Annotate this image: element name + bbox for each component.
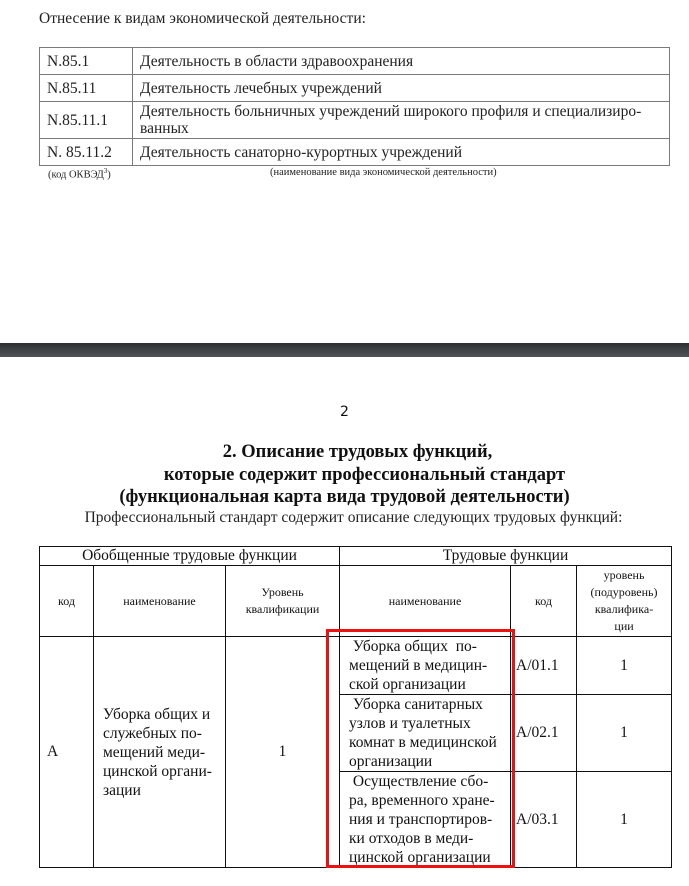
gtf-name: Уборка общих ислужебных по-мещений меди-… — [94, 637, 226, 868]
okved-name: Деятельность санаторно-курортных учрежде… — [133, 139, 670, 166]
okved-name-caption: (наименование вида экономической деятель… — [270, 167, 497, 178]
section-heading-line-1: 2. Описание трудовых функций, — [0, 440, 689, 464]
okved-code: N. 85.11.2 — [40, 139, 133, 166]
section-heading-line-2: которые содержит профессиональный станда… — [0, 463, 689, 487]
section-intro-text: Профессиональный стандарт содержит описа… — [0, 509, 689, 527]
okved-code: N.85.11.1 — [40, 102, 133, 139]
functional-map-table: Обобщенные трудовые функции Трудовые фун… — [39, 546, 672, 868]
tf-code: A/03.1 — [511, 772, 577, 868]
okved-intro-text: Отнесение к видам экономической деятельн… — [39, 10, 366, 28]
okved-row: N.85.11.1 Деятельность больничных учрежд… — [40, 102, 670, 139]
tf-level-header: уровень(подуровень)квалифика-ции — [577, 566, 672, 637]
okved-code: N.85.11 — [40, 75, 133, 102]
gtf-name-header: наименование — [94, 566, 226, 637]
gtf-level-header: Уровеньквалификации — [226, 566, 340, 637]
tf-level: 1 — [577, 695, 672, 772]
tf-name: Уборка общих по-мещений в медицин-ской о… — [340, 637, 511, 695]
okved-table: N.85.1 Деятельность в области здравоохра… — [39, 47, 670, 166]
tf-level: 1 — [577, 637, 672, 695]
gtf-code: A — [40, 637, 94, 868]
tf-code: A/02.1 — [511, 695, 577, 772]
generalized-functions-header: Обобщенные трудовые функции — [40, 547, 340, 566]
tf-code: A/01.1 — [511, 637, 577, 695]
section-heading-line-3: (функциональная карта вида трудовой деят… — [0, 485, 689, 509]
gtf-code-header: код — [40, 566, 94, 637]
okved-row: N.85.1 Деятельность в области здравоохра… — [40, 48, 670, 75]
tf-code-header: код — [511, 566, 577, 637]
page-separator — [0, 343, 689, 357]
okved-row: N. 85.11.2 Деятельность санаторно-курорт… — [40, 139, 670, 166]
tf-name: Осуществление сбо-ра, временного хране-н… — [340, 772, 511, 868]
labor-functions-header: Трудовые функции — [340, 547, 672, 566]
page-number: 2 — [0, 404, 689, 420]
tf-level: 1 — [577, 772, 672, 868]
okved-code: N.85.1 — [40, 48, 133, 75]
group-header-row: Обобщенные трудовые функции Трудовые фун… — [40, 547, 672, 566]
okved-row: N.85.11 Деятельность лечебных учреждений — [40, 75, 670, 102]
okved-name: Деятельность лечебных учреждений — [133, 75, 670, 102]
table-row: A Уборка общих ислужебных по-мещений мед… — [40, 637, 672, 695]
okved-name: Деятельность больничных учреждений широк… — [133, 102, 670, 139]
gtf-level: 1 — [226, 637, 340, 868]
tf-name-header: наименование — [340, 566, 511, 637]
sub-header-row: код наименование Уровеньквалификации наи… — [40, 566, 672, 637]
okved-name: Деятельность в области здравоохранения — [133, 48, 670, 75]
okved-code-caption: (код ОКВЭД3) — [48, 167, 111, 181]
tf-name: Уборка санитарныхузлов и туалетныхкомнат… — [340, 695, 511, 772]
